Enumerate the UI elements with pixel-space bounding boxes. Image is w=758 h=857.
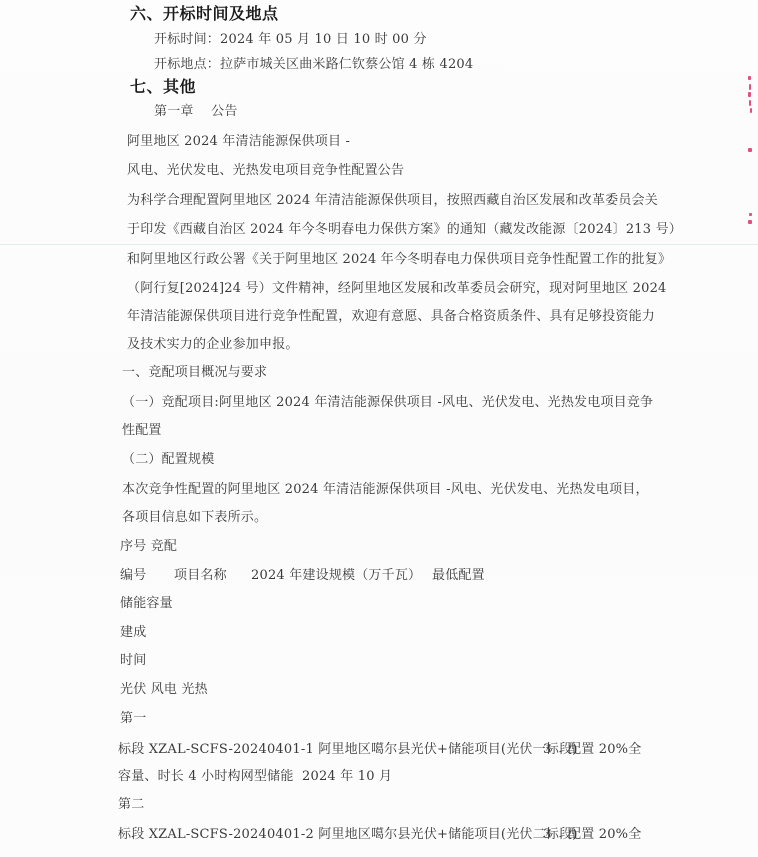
table-header-min-config: 最低配置 xyxy=(432,567,485,585)
open-place: 开标地点：拉萨市城关区曲米路仁钦蔡公馆 4 栋 4204 xyxy=(154,56,473,74)
section-6-heading: 六、开标时间及地点 xyxy=(130,4,279,24)
table-entry-date: 2024 年 10 月 xyxy=(302,768,392,786)
table-header-types: 光伏 风电 光热 xyxy=(120,681,208,699)
table-entry-line: 标段 XZAL-SCFS-20240401-1 阿里地区噶尔县光伏+储能项目(光… xyxy=(118,741,577,759)
section-7-heading: 七、其他 xyxy=(130,77,196,97)
part-1-sub-2-line-1: 本次竞争性配置的阿里地区 2024 年清洁能源保供项目 -风电、光伏发电、光热发… xyxy=(122,481,649,499)
announcement-title-line-2: 风电、光伏发电、光热发电项目竞争性配置公告 xyxy=(127,162,404,180)
part-1-sub-1-line-1: （一）竞配项目:阿里地区 2024 年清洁能源保供项目 -风电、光伏发电、光热发… xyxy=(122,394,653,412)
table-header-built-2: 时间 xyxy=(120,652,146,670)
part-1-sub-2-line-2: 各项目信息如下表所示。 xyxy=(122,509,267,527)
intro-line: 及技术实力的企业参加申报。 xyxy=(127,336,299,354)
intro-line: 和阿里地区行政公署《关于阿里地区 2024 年今冬明春电力保供项目竞争性配置工作… xyxy=(127,251,671,269)
chapter-label: 第一章 公告 xyxy=(154,103,238,121)
table-header-storage: 储能容量 xyxy=(120,595,173,613)
intro-line: 为科学合理配置阿里地区 2024 年清洁能源保供项目，按照西藏自治区发展和改革委… xyxy=(127,192,658,210)
part-1-sub-1-line-2: 性配置 xyxy=(122,422,162,440)
table-entry-storage: 容量、时长 4 小时构网型储能 xyxy=(118,768,294,786)
intro-line: 于印发《西藏自治区 2024 年今冬明春电力保供方案》的通知（藏发改能源〔202… xyxy=(127,221,682,239)
table-entry-prefix: 第一 xyxy=(120,710,146,728)
table-header-name: 项目名称 xyxy=(174,567,227,585)
open-time: 开标时间：2024 年 05 月 10 日 10 时 00 分 xyxy=(154,31,427,49)
table-entry-line: 标段 XZAL-SCFS-20240401-2 阿里地区噶尔县光伏+储能项目(光… xyxy=(118,826,577,844)
part-1-sub-2-heading: （二）配置规模 xyxy=(122,451,214,469)
document-page: 六、开标时间及地点 开标时间：2024 年 05 月 10 日 10 时 00 … xyxy=(0,0,758,857)
table-entry-pv: 3 xyxy=(543,741,551,759)
announcement-title-line-1: 阿里地区 2024 年清洁能源保供项目 - xyxy=(127,133,350,151)
table-header-built-1: 建成 xyxy=(120,624,146,642)
table-header-scale: 2024 年建设规模（万千瓦） xyxy=(251,567,421,585)
intro-line: （阿行复[2024]24 号）文件精神，经阿里地区发展和改革委员会研究，现对阿里… xyxy=(127,280,667,298)
table-header-number: 编号 xyxy=(120,567,146,585)
table-entry-pv: 3 xyxy=(543,826,551,844)
intro-line: 年清洁能源保供项目进行竞争性配置，欢迎有意愿、具备合格资质条件、具有足够投资能力 xyxy=(127,308,655,326)
table-entry-config: 配置 20%全 xyxy=(568,741,641,759)
part-1-heading: 一、竞配项目概况与要求 xyxy=(122,364,267,382)
table-seq-label: 序号 竞配 xyxy=(120,538,177,556)
page-seam xyxy=(0,244,758,245)
table-entry-config: 配置 20%全 xyxy=(568,826,641,844)
table-entry-prefix: 第二 xyxy=(118,796,144,814)
